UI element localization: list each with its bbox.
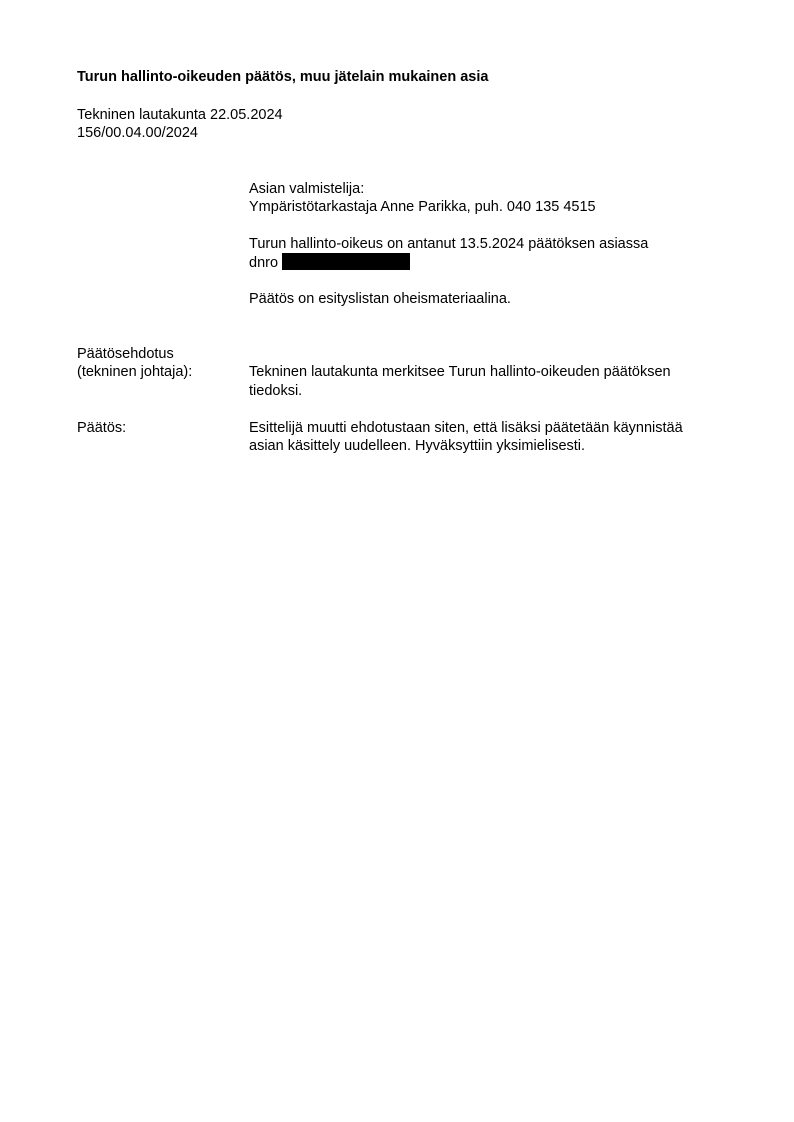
decision-text-line-1: Esittelijä muutti ehdotustaan siten, ett…: [249, 419, 683, 437]
redacted-block: [282, 253, 410, 270]
body-text-line-1: Turun hallinto-oikeus on antanut 13.5.20…: [249, 235, 648, 253]
body-text-line-2: dnro: [249, 253, 410, 272]
decision-label: Päätös:: [77, 419, 126, 437]
reference-number: 156/00.04.00/2024: [77, 124, 198, 142]
dnro-label: dnro: [249, 255, 278, 271]
attachment-note: Päätös on esityslistan oheismateriaalina…: [249, 290, 511, 308]
document-title: Turun hallinto-oikeuden päätös, muu jäte…: [77, 68, 488, 86]
meeting-info: Tekninen lautakunta 22.05.2024: [77, 106, 283, 124]
preparer-label: Asian valmistelija:: [249, 180, 364, 198]
proposal-text-line-2: tiedoksi.: [249, 382, 302, 400]
decision-text-line-2: asian käsittely uudelleen. Hyväksyttiin …: [249, 437, 585, 455]
proposal-text-line-1: Tekninen lautakunta merkitsee Turun hall…: [249, 363, 671, 381]
preparer-info: Ympäristötarkastaja Anne Parikka, puh. 0…: [249, 198, 596, 216]
proposal-label-1: Päätösehdotus: [77, 345, 174, 363]
proposal-label-2: (tekninen johtaja):: [77, 363, 192, 381]
